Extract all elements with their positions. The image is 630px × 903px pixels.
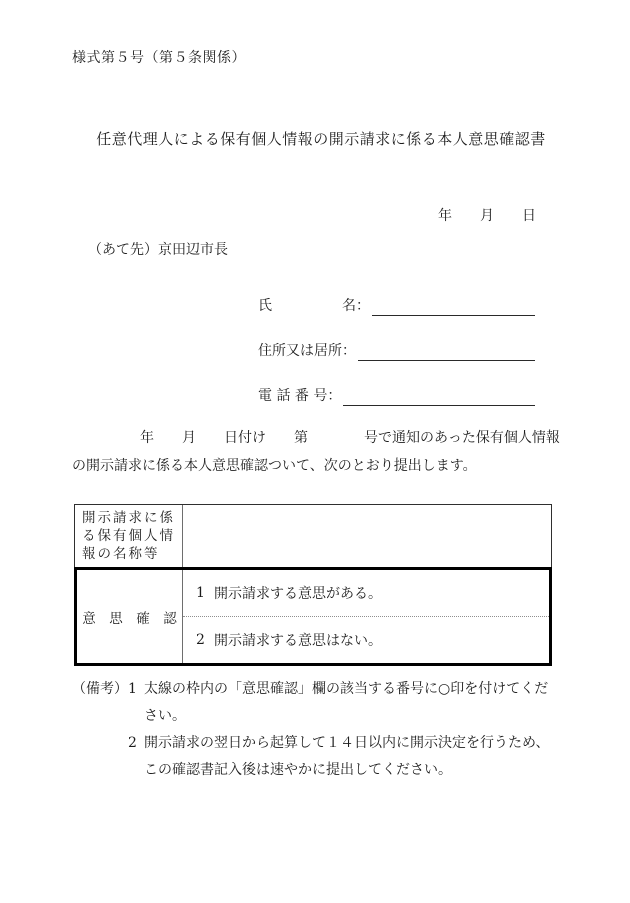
remark-item-1: 1 太線の枠内の「意思確認」欄の該当する番号に○印を付けてくだ さい。: [128, 676, 570, 730]
remark-item-1-text: 太線の枠内の「意思確認」欄の該当する番号に○印を付けてくだ さい。: [144, 676, 548, 730]
phone-field-row: 電 話 番 号：: [258, 382, 535, 406]
address-field-row: 住所又は居所：: [258, 337, 535, 361]
confirmation-table: 開示請求に係 る保有個人情 報の名称等 意 思 確 認 1 開示請求する意思があ…: [74, 504, 552, 666]
name-field-row: 氏 名：: [258, 292, 535, 316]
intent-options-cell: 1 開示請求する意思がある。 2 開示請求する意思はない。: [183, 570, 549, 663]
option-2-text: 開示請求する意思はない。: [214, 630, 382, 650]
info-name-value-cell[interactable]: [183, 505, 551, 567]
form-page: 様式第５号（第５条関係） 任意代理人による保有個人情報の開示請求に係る本人意思確…: [0, 0, 630, 903]
info-name-header-cell: 開示請求に係 る保有個人情 報の名称等: [75, 505, 183, 567]
remarks-prefix: （備考）: [72, 676, 128, 784]
address-field-input[interactable]: [358, 341, 535, 361]
option-2-number: 2: [196, 632, 214, 648]
remark-item-2-number: 2: [128, 730, 144, 784]
info-name-row: 開示請求に係 る保有個人情 報の名称等: [74, 504, 552, 567]
form-number: 様式第５号（第５条関係）: [72, 48, 570, 68]
applicant-fields: 氏 名： 住所又は居所： 電 話 番 号：: [258, 292, 535, 406]
date-fill-line[interactable]: 年 月 日: [72, 206, 570, 226]
phone-field-input[interactable]: [343, 386, 535, 406]
remark-items: 1 太線の枠内の「意思確認」欄の該当する番号に○印を付けてくだ さい。 2 開示…: [128, 676, 570, 784]
name-field-label: 氏 名：: [258, 296, 370, 316]
name-field-input[interactable]: [372, 296, 535, 316]
intent-header-cell: 意 思 確 認: [77, 570, 183, 663]
remark-item-2-text: 開示請求の翌日から起算して１４日以内に開示決定を行うため、 この確認書記入後は速…: [144, 730, 549, 784]
remarks-section: （備考） 1 太線の枠内の「意思確認」欄の該当する番号に○印を付けてくだ さい。…: [72, 676, 570, 784]
address-field-label: 住所又は居所：: [258, 341, 356, 361]
addressee: （あて先）京田辺市長: [88, 240, 570, 260]
phone-field-label: 電 話 番 号：: [258, 386, 341, 406]
form-title: 任意代理人による保有個人情報の開示請求に係る本人意思確認書: [72, 128, 570, 150]
remark-item-1-number: 1: [128, 676, 144, 730]
intent-confirmation-row: 意 思 確 認 1 開示請求する意思がある。 2 開示請求する意思はない。: [74, 567, 552, 666]
option-1-text: 開示請求する意思がある。: [214, 583, 382, 603]
remark-item-2: 2 開示請求の翌日から起算して１４日以内に開示決定を行うため、 この確認書記入後…: [128, 730, 570, 784]
option-1[interactable]: 1 開示請求する意思がある。: [183, 570, 549, 616]
option-1-number: 1: [196, 585, 214, 601]
option-2[interactable]: 2 開示請求する意思はない。: [183, 617, 549, 663]
intro-paragraph: 年 月 日付け 第 号で通知のあった保有個人情報 の開示請求に係る本人意思確認つ…: [72, 424, 570, 480]
